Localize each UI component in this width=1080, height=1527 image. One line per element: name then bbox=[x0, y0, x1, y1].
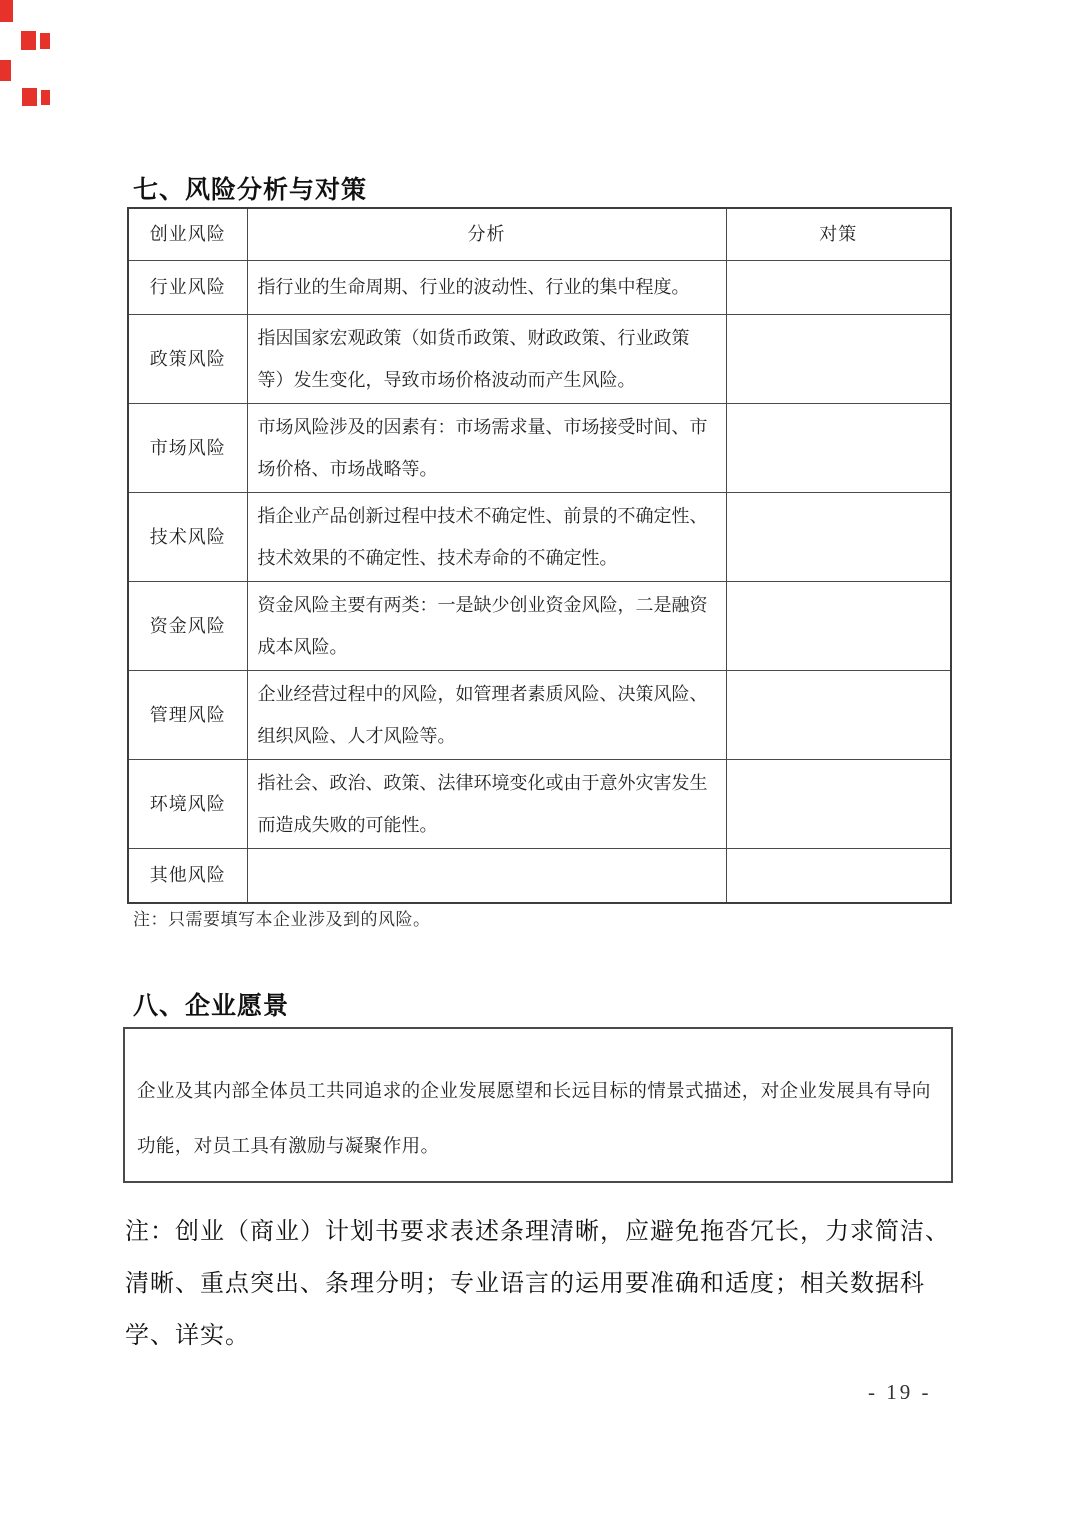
red-scan-artifact-icon bbox=[0, 60, 11, 81]
risk-name-cell: 管理风险 bbox=[128, 670, 247, 759]
table-row: 技术风险 指企业产品创新过程中技术不确定性、前景的不确定性、技术效果的不确定性、… bbox=[128, 492, 951, 581]
risk-analysis-table: 创业风险 分析 对策 行业风险 指行业的生命周期、行业的波动性、行业的集中程度。… bbox=[127, 207, 952, 904]
header-risk-column: 创业风险 bbox=[128, 208, 247, 260]
risk-name-cell: 资金风险 bbox=[128, 581, 247, 670]
risk-name-cell: 政策风险 bbox=[128, 314, 247, 403]
risk-countermeasure-cell bbox=[726, 848, 951, 903]
table-row: 政策风险 指因国家宏观政策（如货币政策、财政政策、行业政策等）发生变化，导致市场… bbox=[128, 314, 951, 403]
table-row: 资金风险 资金风险主要有两类：一是缺少创业资金风险，二是融资成本风险。 bbox=[128, 581, 951, 670]
red-scan-artifact-icon bbox=[0, 0, 13, 22]
vision-description-box: 企业及其内部全体员工共同追求的企业发展愿望和长远目标的情景式描述，对企业发展具有… bbox=[123, 1027, 953, 1183]
risk-analysis-cell: 指行业的生命周期、行业的波动性、行业的集中程度。 bbox=[247, 260, 726, 314]
red-scan-artifact-icon bbox=[40, 33, 50, 49]
risk-countermeasure-cell bbox=[726, 403, 951, 492]
risk-analysis-cell: 资金风险主要有两类：一是缺少创业资金风险，二是融资成本风险。 bbox=[247, 581, 726, 670]
table-row: 环境风险 指社会、政治、政策、法律环境变化或由于意外灾害发生而造成失败的可能性。 bbox=[128, 759, 951, 848]
risk-analysis-cell: 市场风险涉及的因素有：市场需求量、市场接受时间、市场价格、市场战略等。 bbox=[247, 403, 726, 492]
footnote-line: 注：创业（商业）计划书要求表述条理清晰，应避免拖沓冗长，力求简洁、 bbox=[125, 1206, 959, 1258]
footnote-line: 清晰、重点突出、条理分明；专业语言的运用要准确和适度；相关数据科 bbox=[125, 1258, 959, 1310]
risk-analysis-cell bbox=[247, 848, 726, 903]
footnote-line: 学、详实。 bbox=[125, 1310, 959, 1362]
red-scan-artifact-icon bbox=[21, 31, 36, 50]
table-row: 其他风险 bbox=[128, 848, 951, 903]
red-scan-artifact-icon bbox=[22, 88, 37, 106]
header-analysis-column: 分析 bbox=[247, 208, 726, 260]
risk-countermeasure-cell bbox=[726, 759, 951, 848]
risk-analysis-cell: 指企业产品创新过程中技术不确定性、前景的不确定性、技术效果的不确定性、技术寿命的… bbox=[247, 492, 726, 581]
section8-title: 八、企业愿景 bbox=[133, 986, 289, 1022]
risk-name-cell: 其他风险 bbox=[128, 848, 247, 903]
vision-text-line: 企业及其内部全体员工共同追求的企业发展愿望和长远目标的情景式描述，对企业发展具有… bbox=[137, 1077, 943, 1103]
risk-countermeasure-cell bbox=[726, 260, 951, 314]
header-countermeasure-column: 对策 bbox=[726, 208, 951, 260]
risk-name-cell: 市场风险 bbox=[128, 403, 247, 492]
table-row: 管理风险 企业经营过程中的风险，如管理者素质风险、决策风险、组织风险、人才风险等… bbox=[128, 670, 951, 759]
table-footnote: 注：只需要填写本企业涉及到的风险。 bbox=[133, 905, 431, 930]
table-row: 行业风险 指行业的生命周期、行业的波动性、行业的集中程度。 bbox=[128, 260, 951, 314]
page-number: - 19 - bbox=[868, 1380, 932, 1405]
risk-name-cell: 环境风险 bbox=[128, 759, 247, 848]
risk-name-cell: 技术风险 bbox=[128, 492, 247, 581]
risk-analysis-cell: 企业经营过程中的风险，如管理者素质风险、决策风险、组织风险、人才风险等。 bbox=[247, 670, 726, 759]
risk-name-cell: 行业风险 bbox=[128, 260, 247, 314]
risk-countermeasure-cell bbox=[726, 492, 951, 581]
section7-title: 七、风险分析与对策 bbox=[133, 170, 367, 206]
risk-countermeasure-cell bbox=[726, 670, 951, 759]
red-scan-artifact-icon bbox=[41, 90, 50, 105]
table-header-row: 创业风险 分析 对策 bbox=[128, 208, 951, 260]
document-footnote: 注：创业（商业）计划书要求表述条理清晰，应避免拖沓冗长，力求简洁、 清晰、重点突… bbox=[125, 1206, 959, 1362]
risk-countermeasure-cell bbox=[726, 314, 951, 403]
table-row: 市场风险 市场风险涉及的因素有：市场需求量、市场接受时间、市场价格、市场战略等。 bbox=[128, 403, 951, 492]
risk-analysis-cell: 指因国家宏观政策（如货币政策、财政政策、行业政策等）发生变化，导致市场价格波动而… bbox=[247, 314, 726, 403]
document-page: 七、风险分析与对策 创业风险 分析 对策 行业风险 指行业的生命周期、行业的波动… bbox=[0, 0, 1080, 1527]
risk-analysis-cell: 指社会、政治、政策、法律环境变化或由于意外灾害发生而造成失败的可能性。 bbox=[247, 759, 726, 848]
vision-text-line: 功能，对员工具有激励与凝聚作用。 bbox=[137, 1132, 943, 1158]
risk-countermeasure-cell bbox=[726, 581, 951, 670]
